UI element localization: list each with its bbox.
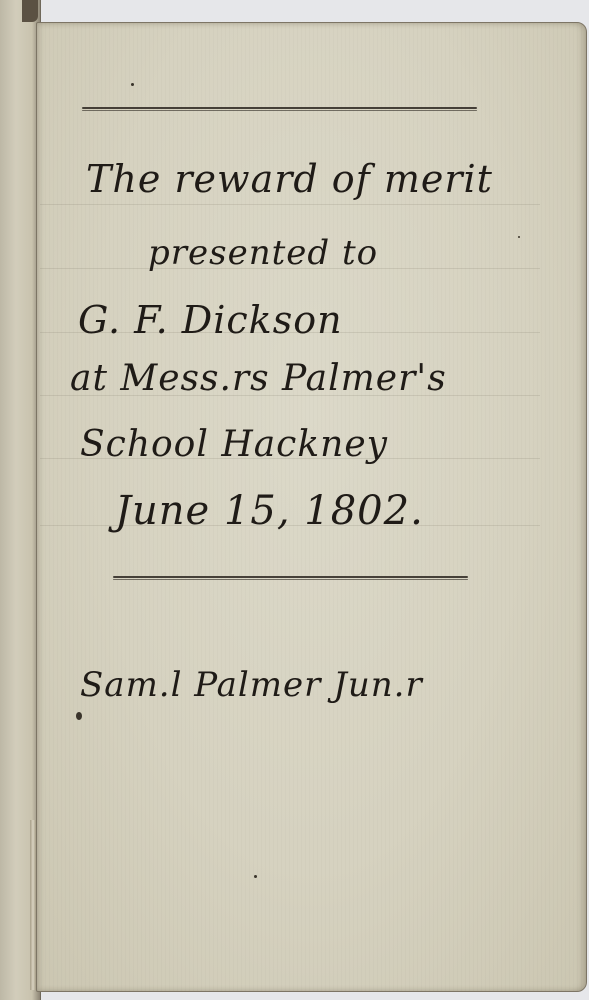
inscription-line-4: at Mess.rs Palmer's (70, 358, 447, 399)
book-cover-board (0, 0, 41, 1000)
inscription-line-5: School Hackney (80, 424, 388, 465)
inscription-line-3: G. F. Dickson (78, 298, 343, 342)
foxing-spot (131, 83, 134, 86)
faint-ruled-line (40, 204, 540, 205)
top-ornamental-rule (82, 107, 477, 111)
inscription-date: June 15, 1802. (115, 488, 424, 534)
signature: Sam.l Palmer Jun.r (80, 665, 423, 705)
bottom-ornamental-rule (113, 576, 468, 580)
ink-blot (76, 712, 82, 720)
inscription-line-1: The reward of merit (86, 157, 493, 201)
foxing-spot (254, 875, 257, 878)
inscription-line-2: presented to (148, 233, 378, 273)
foxing-spot (518, 236, 520, 238)
